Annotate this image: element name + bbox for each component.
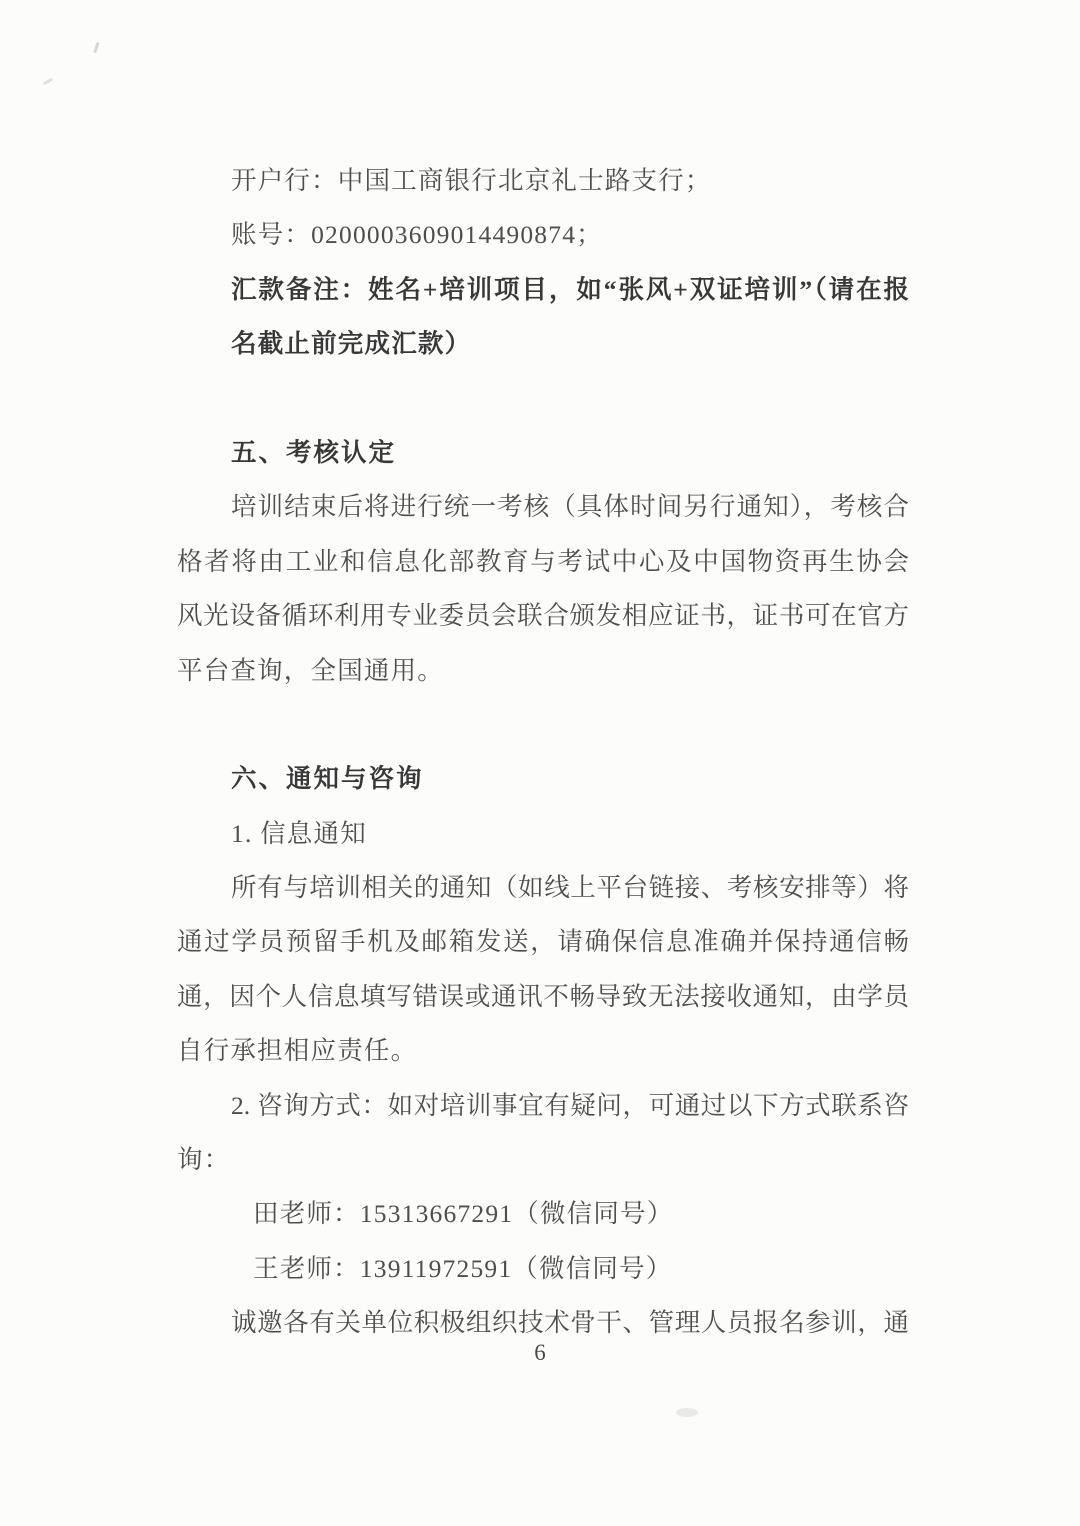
heading-section-6: 六、通知与咨询 — [231, 752, 909, 806]
line-contact-tian: 田老师：15313667291（微信同号） — [253, 1187, 909, 1241]
line-assessment-3: 风光设备循环利用专业委员会联合颁发相应证书，证书可在官方 — [177, 589, 909, 643]
subheading-info-notice: 1. 信息通知 — [231, 807, 909, 861]
document-page: 开户行：中国工商银行北京礼士路支行； 账号：020000360901449087… — [0, 0, 1080, 1526]
scan-speckle — [43, 78, 53, 85]
document-body: 开户行：中国工商银行北京礼士路支行； 账号：020000360901449087… — [177, 154, 909, 1351]
scan-speckle — [676, 1408, 698, 1417]
line-assessment-4: 平台查询，全国通用。 — [177, 644, 909, 698]
line-bank-branch: 开户行：中国工商银行北京礼士路支行； — [231, 154, 909, 208]
line-account-number: 账号：0200003609014490874； — [231, 208, 909, 262]
line-assessment-2: 格者将由工业和信息化部教育与考试中心及中国物资再生协会 — [177, 535, 909, 589]
heading-section-5: 五、考核认定 — [231, 426, 909, 480]
line-notice-4: 自行承担相应责任。 — [177, 1024, 909, 1078]
line-contact-wang: 王老师：13911972591（微信同号） — [253, 1242, 909, 1296]
page-number: 6 — [0, 1338, 1080, 1368]
line-consult-method-2: 询： — [177, 1133, 909, 1187]
line-remittance-note-2: 名截止前完成汇款） — [231, 317, 909, 371]
line-consult-method-1: 2. 咨询方式：如对培训事宜有疑问，可通过以下方式联系咨 — [231, 1079, 909, 1133]
line-assessment-1: 培训结束后将进行统一考核（具体时间另行通知），考核合 — [231, 480, 909, 534]
line-remittance-note-1: 汇款备注：姓名+培训项目，如“张风+双证培训”（请在报 — [231, 263, 909, 317]
scan-speckle — [93, 42, 99, 53]
line-notice-2: 通过学员预留手机及邮箱发送，请确保信息准确并保持通信畅 — [177, 915, 909, 969]
line-notice-1: 所有与培训相关的通知（如线上平台链接、考核安排等）将 — [231, 861, 909, 915]
line-notice-3: 通，因个人信息填写错误或通讯不畅导致无法接收通知，由学员 — [177, 970, 909, 1024]
